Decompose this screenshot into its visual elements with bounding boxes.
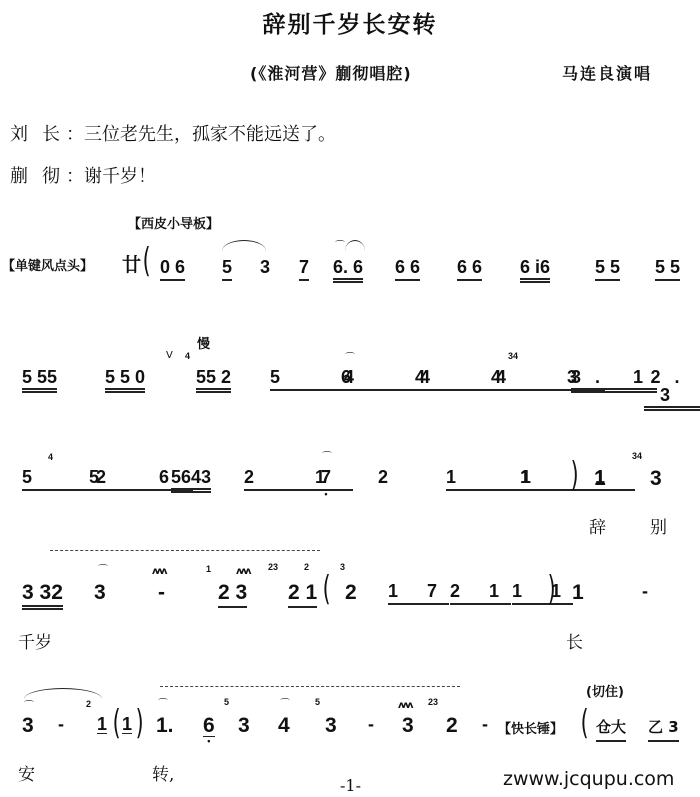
note: 3 <box>402 715 414 736</box>
dialogue-line: 刘长：三位老先生，孤家不能远送了。 <box>10 120 336 146</box>
dialogue-text: 三位老先生，孤家不能远送了。 <box>84 124 336 145</box>
rest-dash: - <box>368 715 374 733</box>
page-title: 辞别千岁长安转 <box>0 6 700 39</box>
percussion-syllables: 仓大 <box>596 716 626 742</box>
note-group: 6. 6 <box>333 258 363 283</box>
banqiang-label: 【西皮小导板】 <box>128 213 219 232</box>
lyric: 别 <box>650 513 667 538</box>
phrase-slur <box>160 686 460 691</box>
phrase-slur <box>50 550 320 555</box>
breath-mark: V <box>166 350 173 361</box>
note-group: 2 1 <box>288 582 317 608</box>
fermata-icon: ⌒ <box>24 702 34 712</box>
note-group: 5 5 <box>655 258 680 281</box>
slur <box>24 688 102 699</box>
watermark: zwww.jcqupu.com <box>503 768 674 790</box>
rest-dash: - <box>158 582 165 603</box>
lyric: 辞 <box>589 513 606 538</box>
note-group: 6 6 <box>457 258 482 281</box>
luogu-label: 【快长锤】 <box>498 718 563 737</box>
note: 4 <box>278 715 290 736</box>
note-group: 1 1 <box>512 582 573 605</box>
note-group: 2. 3 <box>644 368 700 411</box>
note: 6 <box>203 715 215 737</box>
note-group: 6 i6 <box>520 258 550 283</box>
close-paren: ) <box>571 458 579 492</box>
tremolo-icon: ʌʌʌ <box>236 567 250 577</box>
note: 1 <box>572 582 584 603</box>
open-paren: ( <box>581 706 589 740</box>
grace-note: 23 <box>268 563 278 572</box>
fermata-icon: ⌒ <box>98 566 108 576</box>
note: 2 <box>446 715 458 736</box>
note-group: 0 6 <box>160 258 185 281</box>
tremolo-icon: ʌʌʌ <box>398 701 412 711</box>
note: 3 <box>22 715 34 736</box>
speaker-name: 蒯彻 <box>10 162 66 188</box>
fermata-icon: ⌒ <box>280 700 290 710</box>
performer-credit: 马连良演唱 <box>562 61 652 84</box>
note: 2 <box>378 468 388 486</box>
note: 3 <box>650 468 662 489</box>
grace-note: 1 <box>206 565 211 574</box>
luogu-label: 【单键风点头】 <box>2 255 93 274</box>
note-group: 1 7 <box>388 582 449 605</box>
subtitle: (《淮河营》蒯彻唱腔) <box>250 61 412 84</box>
open-paren: ( <box>143 244 151 278</box>
grace-note: 2 <box>86 700 91 709</box>
note-group: 55 2 <box>196 368 231 393</box>
note: 1. <box>156 715 174 736</box>
lyric: 转, <box>152 760 174 785</box>
rest-dash: - <box>58 715 64 733</box>
close-paren: ) <box>136 706 144 740</box>
grace-note: 4 <box>185 352 190 361</box>
note: 3 <box>260 258 270 276</box>
note-group: 6 6 <box>395 258 420 281</box>
rest-dash: - <box>482 715 488 733</box>
meter-mark: 廿 <box>122 250 141 277</box>
grace-note: 2 <box>304 563 309 572</box>
fermata-icon: ⌒ <box>158 700 168 710</box>
note-group: 5 55 <box>22 368 57 393</box>
lyric: 长 <box>566 628 583 653</box>
open-paren: ( <box>113 706 121 740</box>
slur <box>222 240 266 251</box>
note: 5 <box>222 258 232 281</box>
fermata-icon: ⌒ <box>322 453 332 463</box>
note-group: 5643 <box>171 468 211 493</box>
grace-note: 3 <box>340 563 345 572</box>
note-group: 2 3 <box>218 582 247 608</box>
speaker-name: 刘长 <box>10 120 66 146</box>
slur <box>345 240 365 251</box>
grace-note: 34 <box>632 452 642 461</box>
tremolo-icon: ʌʌʌ <box>152 567 166 577</box>
note: 2 <box>345 582 357 603</box>
note-group: 5 5 0 <box>105 368 145 393</box>
grace-note: 5 <box>224 698 229 707</box>
tempo-mark: 慢 <box>197 333 210 352</box>
note: 3 <box>238 715 250 736</box>
dialogue-line: 蒯彻：谢千岁！ <box>10 162 156 188</box>
note-group: 3 32 <box>22 582 63 610</box>
lyric: 安 <box>18 760 35 785</box>
page-number: -1- <box>340 776 361 795</box>
note: 7 <box>321 468 331 486</box>
note: 7 <box>299 258 309 281</box>
grace-note: 5 <box>315 698 320 707</box>
rest-dash: - <box>642 582 648 600</box>
close-paren: ) <box>548 572 556 606</box>
note: 3 <box>94 582 106 603</box>
dialogue-text: 谢千岁！ <box>84 166 156 187</box>
fermata-icon: ⌒ <box>345 354 355 364</box>
note: 1 <box>97 715 107 734</box>
note: 3 <box>325 715 337 736</box>
lyric: 千岁 <box>18 628 52 653</box>
note-group: 2 1 <box>450 582 511 605</box>
open-paren: ( <box>323 572 331 606</box>
percussion-syllables: 乙 3 <box>648 716 679 742</box>
fermata-icon: ⌒ <box>335 242 345 252</box>
grace-note: 34 <box>508 352 518 361</box>
note: 1 <box>594 468 606 489</box>
note-group: 2 1 <box>244 468 353 491</box>
note-group: 5 5 <box>595 258 620 281</box>
grace-note: 23 <box>428 698 438 707</box>
cut-mark: (切住) <box>586 681 624 700</box>
note: 1 <box>122 715 132 734</box>
grace-note: 4 <box>48 453 53 462</box>
